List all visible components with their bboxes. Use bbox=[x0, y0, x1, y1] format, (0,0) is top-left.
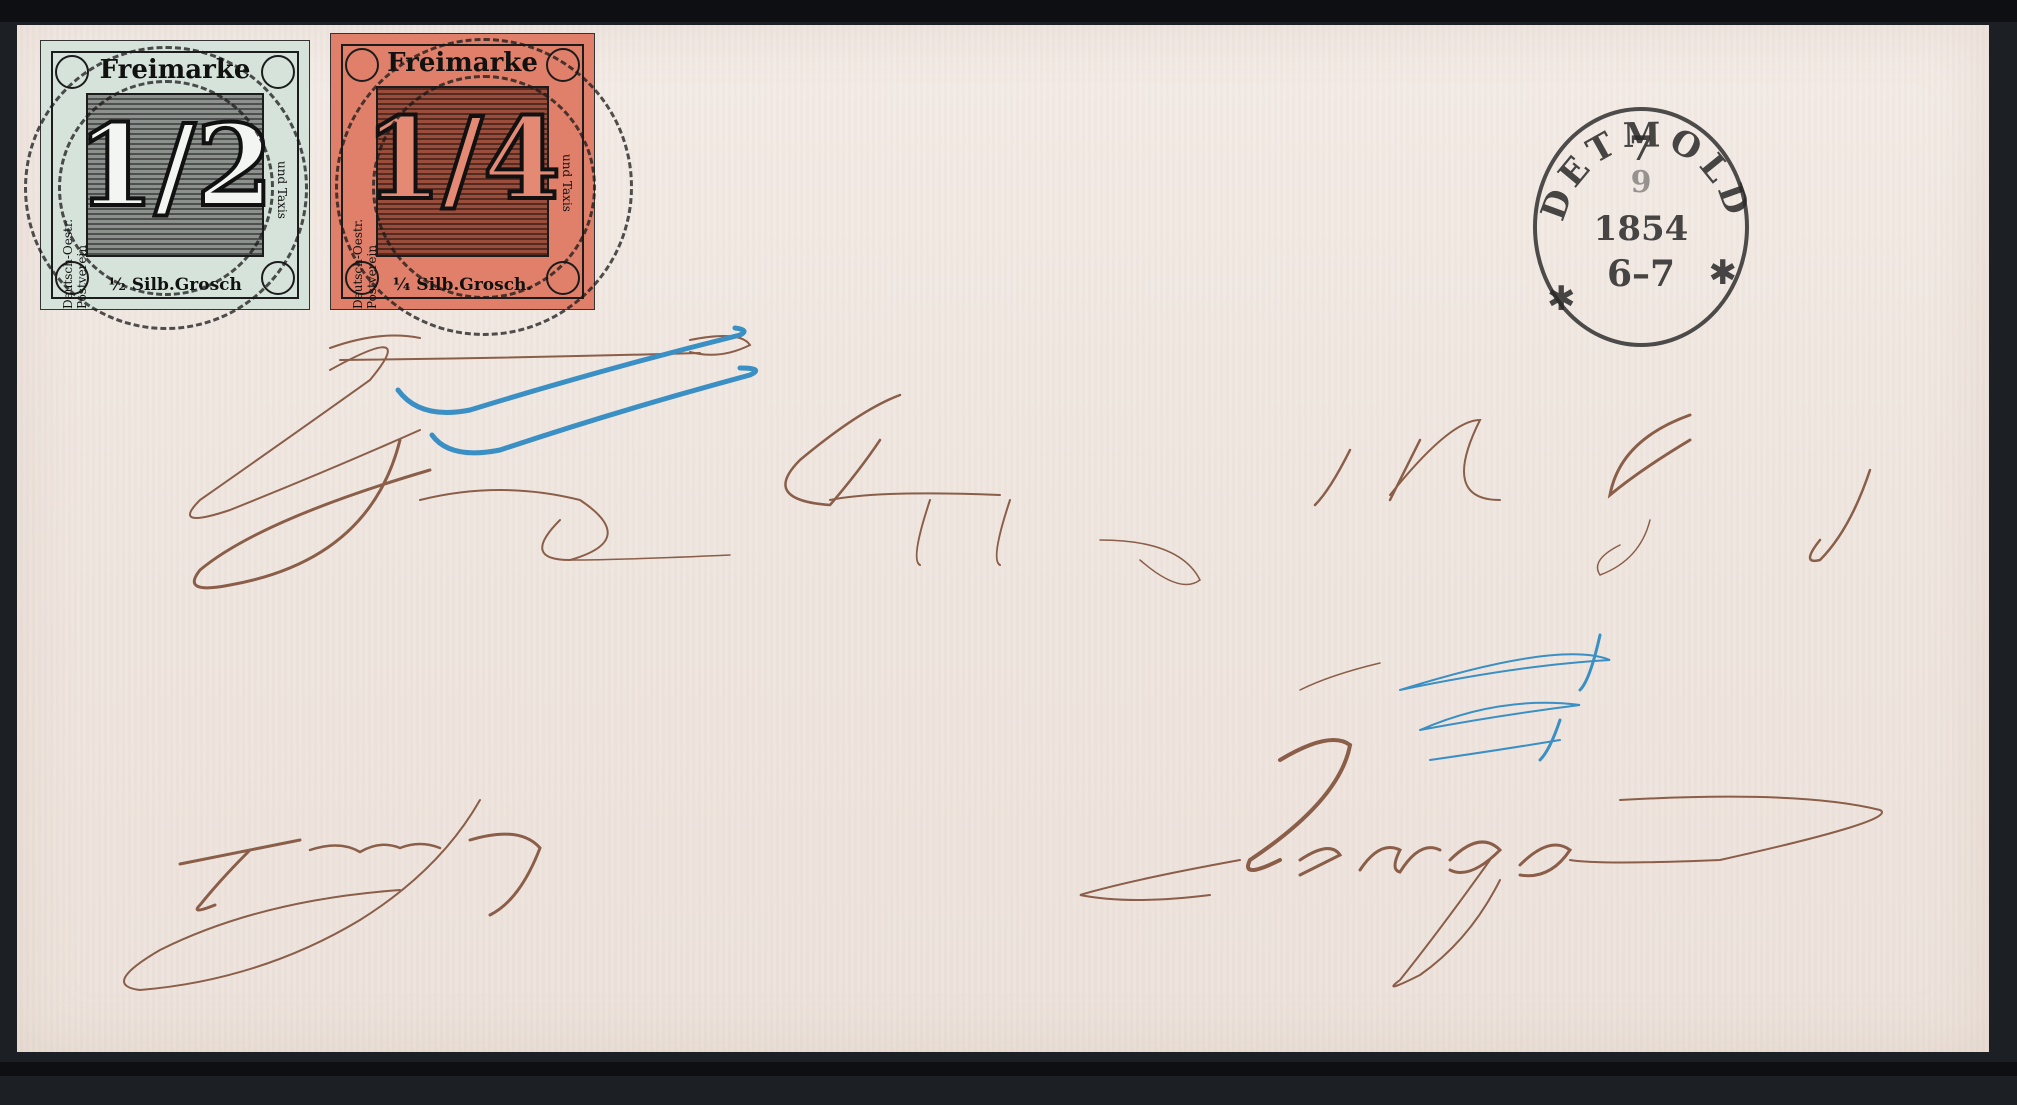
star-icon: ✱ bbox=[1709, 253, 1738, 293]
postmark-day: 7 bbox=[1537, 129, 1745, 169]
postmark-year: 1854 bbox=[1537, 209, 1745, 249]
star-icon: ✱ bbox=[1547, 279, 1576, 319]
background-band bbox=[0, 1062, 2017, 1076]
postmark-month: 9 bbox=[1537, 165, 1745, 200]
ring-cancellation bbox=[58, 80, 274, 296]
ring-cancellation bbox=[372, 75, 596, 299]
detmold-postmark: DETMOLD 7 9 1854 6–7 ✱ ✱ bbox=[1533, 107, 1749, 347]
background-top bbox=[0, 0, 2017, 22]
